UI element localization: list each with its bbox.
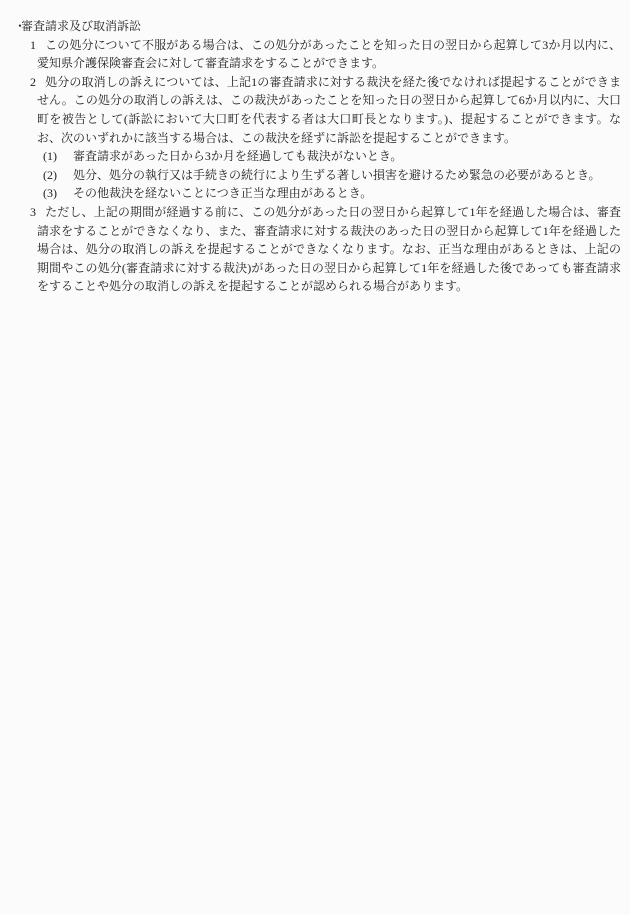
list-item-2: 2処分の取消しの訴えについては、上記1の審査請求に対する裁決を経た後でなければ提… xyxy=(0,73,621,147)
list-item-3: 3ただし、上記の期間が経過する前に、この処分があった日の翌日から起算して1年を経… xyxy=(0,203,621,296)
item-text: ただし、上記の期間が経過する前に、この処分があった日の翌日から起算して1年を経過… xyxy=(37,205,621,293)
list-item-1: 1この処分について不服がある場合は、この処分があったことを知った日の翌日から起算… xyxy=(0,36,621,73)
item-text: 処分の取消しの訴えについては、上記1の審査請求に対する裁決を経た後でなければ提起… xyxy=(37,75,621,145)
item-number: 2 xyxy=(30,73,45,92)
subitem-number: (2) xyxy=(43,166,73,185)
list-subitem-2-2: (2)処分、処分の執行又は手続きの続行により生ずる著しい損害を避けるため緊急の必… xyxy=(0,166,621,185)
item-number: 3 xyxy=(30,203,45,222)
bullet-marker: ・ xyxy=(14,17,21,36)
list-subitem-2-1: (1)審査請求があった日から3か月を経過しても裁決がないとき。 xyxy=(0,147,621,166)
subitem-text: その他裁決を経ないことにつき正当な理由があるとき。 xyxy=(73,186,372,200)
subitem-number: (1) xyxy=(43,147,73,166)
subitem-text: 処分、処分の執行又は手続きの続行により生ずる著しい損害を避けるため緊急の必要があ… xyxy=(73,168,601,182)
item-number: 1 xyxy=(30,36,45,55)
subitem-number: (3) xyxy=(43,184,73,203)
section-title: 審査請求及び取消訴訟 xyxy=(21,19,141,33)
document-page: ・審査請求及び取消訴訟 1この処分について不服がある場合は、この処分があったこと… xyxy=(0,0,630,296)
subitem-text: 審査請求があった日から3か月を経過しても裁決がないとき。 xyxy=(73,149,402,163)
section-heading: ・審査請求及び取消訴訟 xyxy=(0,17,621,36)
item-text: この処分について不服がある場合は、この処分があったことを知った日の翌日から起算し… xyxy=(37,38,621,71)
list-subitem-2-3: (3)その他裁決を経ないことにつき正当な理由があるとき。 xyxy=(0,184,621,203)
